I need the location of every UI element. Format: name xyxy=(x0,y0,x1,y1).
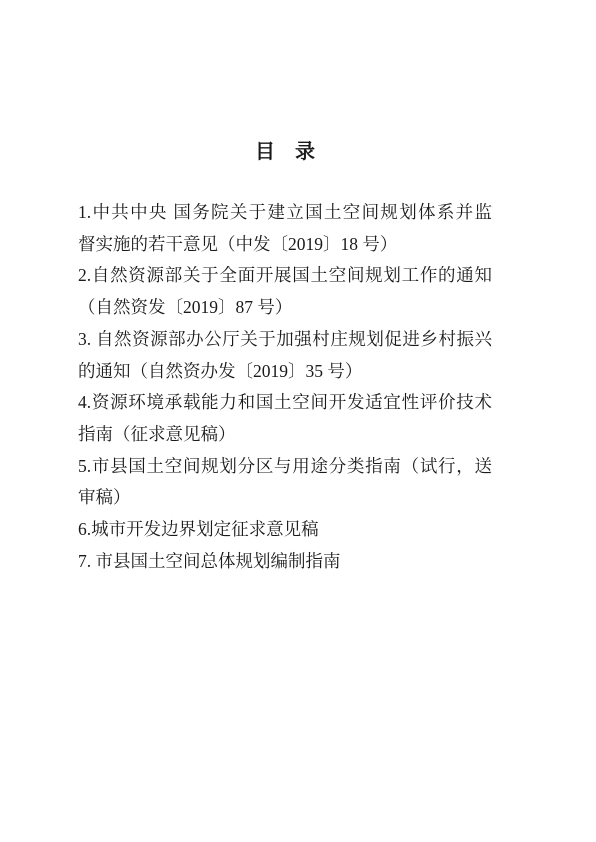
toc-item-2: 2.自然资源部关于全面开展国土空间规划工作的通知 （自然资发〔2019〕87 号… xyxy=(78,260,492,323)
toc-item-line: 7. 市县国土空间总体规划编制指南 xyxy=(78,546,492,578)
toc-item-line: 5.市县国土空间规划分区与用途分类指南（试行，送 xyxy=(78,451,492,483)
toc-item-line: 审稿） xyxy=(78,482,492,514)
toc-item-7: 7. 市县国土空间总体规划编制指南 xyxy=(78,546,492,578)
toc-item-1: 1.中共中央 国务院关于建立国土空间规划体系并监 督实施的若干意见（中发〔201… xyxy=(78,197,492,260)
toc-list: 1.中共中央 国务院关于建立国土空间规划体系并监 督实施的若干意见（中发〔201… xyxy=(78,197,492,577)
toc-item-5: 5.市县国土空间规划分区与用途分类指南（试行，送 审稿） xyxy=(78,451,492,514)
toc-item-line: 4.资源环境承载能力和国土空间开发适宜性评价技术 xyxy=(78,387,492,419)
toc-item-line: 督实施的若干意见（中发〔2019〕18 号） xyxy=(78,229,492,261)
toc-title: 目 录 xyxy=(78,139,492,165)
toc-item-line: 的通知（自然资办发〔2019〕35 号） xyxy=(78,356,492,388)
toc-item-line: （自然资发〔2019〕87 号） xyxy=(78,292,492,324)
toc-item-line: 6.城市开发边界划定征求意见稿 xyxy=(78,514,492,546)
toc-content: 目 录 1.中共中央 国务院关于建立国土空间规划体系并监 督实施的若干意见（中发… xyxy=(78,0,492,577)
toc-item-4: 4.资源环境承载能力和国土空间开发适宜性评价技术 指南（征求意见稿） xyxy=(78,387,492,450)
toc-page: 目 录 1.中共中央 国务院关于建立国土空间规划体系并监 督实施的若干意见（中发… xyxy=(0,0,596,842)
toc-item-line: 指南（征求意见稿） xyxy=(78,419,492,451)
toc-item-6: 6.城市开发边界划定征求意见稿 xyxy=(78,514,492,546)
toc-item-line: 2.自然资源部关于全面开展国土空间规划工作的通知 xyxy=(78,260,492,292)
toc-item-line: 1.中共中央 国务院关于建立国土空间规划体系并监 xyxy=(78,197,492,229)
toc-item-3: 3. 自然资源部办公厅关于加强村庄规划促进乡村振兴 的通知（自然资办发〔2019… xyxy=(78,324,492,387)
toc-item-line: 3. 自然资源部办公厅关于加强村庄规划促进乡村振兴 xyxy=(78,324,492,356)
